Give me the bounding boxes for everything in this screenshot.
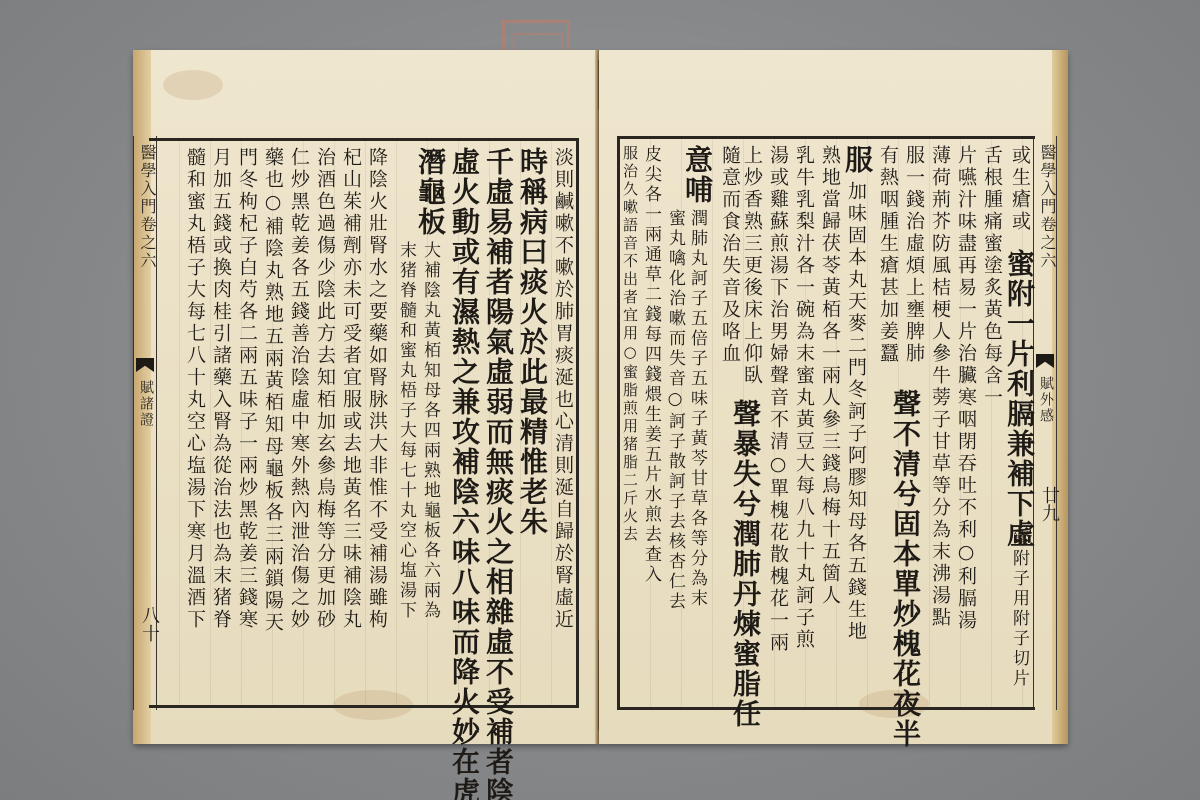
text-column: 大補陰丸黃栢知母各四兩熟地龜板各六兩為 — [421, 241, 438, 621]
right-page-number: 廿九 — [1036, 486, 1062, 522]
text-column: 降陰火壯腎水之要藥如腎脉洪大非惟不受補湯雖枸 — [367, 147, 386, 631]
text-column: 或生瘡或 — [1010, 145, 1029, 233]
text-column: 服一錢治虛煩上壅脾肺 — [904, 145, 923, 365]
text-column: 仁炒黑乾姜各五錢善治陰虛中寒外熱內泄治傷之妙 — [289, 147, 308, 631]
text-column: 蜜附子用附子切片 — [1010, 529, 1027, 689]
paper-stain — [163, 70, 223, 100]
text-column: 聲不清兮固本單炒槐花夜半 — [891, 389, 919, 749]
text-column: 蜜附一片利膈兼補下虛 — [1005, 249, 1033, 549]
text-column: 熟地當歸茯苓黃栢各一兩人參三錢烏梅十五箇人 — [820, 145, 839, 607]
text-column: 加味固本丸天麥二門冬訶子阿膠知母各五錢生地 — [846, 181, 865, 643]
right-margin-section: 賦外感 — [1036, 376, 1056, 424]
text-column: 虛火動或有濕熱之兼攻補陰六味八味而降火妙在虎 — [450, 147, 478, 800]
text-column: 治酒色過傷少陰此方去知栢加玄參烏梅等分更加砂 — [315, 147, 334, 631]
text-column: 乳牛乳梨汁各一碗為末蜜丸黃豆大每八九十丸訶子煎 — [794, 145, 813, 651]
text-column: 隨意而食治失音及咯血 — [720, 145, 739, 365]
text-column: 片嚥汁味盡再易一片治臟寒咽閉吞吐不利○利膈湯 — [956, 145, 975, 632]
text-column: 潛龜板 — [416, 147, 444, 237]
text-column: 門冬枸杞子白芍各二兩五味子一兩炒黑乾姜三錢寒 — [237, 147, 256, 631]
text-column: 淡則鹹嗽不嗽於肺胃痰涎也心清則涎自歸於腎虛近 — [553, 147, 572, 631]
text-column: 皮尖各一兩通草二錢每四錢煨生姜五片水煎去查入 — [642, 145, 659, 585]
right-page: 醫學入門卷之六 賦外感 廿九 或生瘡或 蜜附一片利膈兼補下虛 蜜附子用附子切片 … — [599, 50, 1068, 744]
fishtail-mark-icon — [1036, 354, 1054, 368]
left-text-frame: 淡則鹹嗽不嗽於肺胃痰涎也心清則涎自歸於腎虛近 時稱病曰痰火於此最精惟老朱 千虛易… — [149, 138, 579, 708]
text-column: 千虛易補者陽氣虛弱而無痰火之相雜虛不受補者陰 — [484, 147, 512, 800]
right-text-frame: 或生瘡或 蜜附一片利膈兼補下虛 蜜附子用附子切片 舌根腫痛蜜塗炙黃色每含一 片嚥… — [617, 136, 1035, 710]
text-column: 湯或雞蘇煎湯下治男婦聲音不清○單槐花散槐花一兩 — [768, 145, 787, 654]
text-column: 聲暴失兮潤肺丹煉蜜脂任 — [731, 399, 759, 729]
text-column: 月加五錢或換肉桂引諸藥入腎為從治法也為末猪脊 — [211, 147, 230, 631]
text-column: 末猪脊髓和蜜丸梧子大每七十丸空心塩湯下 — [397, 241, 414, 621]
text-column: 藥也○補陰丸熟地五兩黃栢知母龜板各三兩鎖陽天 — [263, 147, 282, 634]
text-column: 意哺 — [683, 145, 711, 205]
text-column: 薄荷荊芥防風桔梗人參牛蒡子甘草等分為末沸湯點 — [930, 145, 949, 629]
text-column: 潤肺丸訶子五倍子五味子黃芩甘草各等分為末 — [688, 209, 705, 609]
text-column: 服治久嗽語音不出者宜用○蜜脂煎用猪脂二斤火去 — [622, 145, 637, 544]
text-column: 舌根腫痛蜜塗炙黃色每含一 — [982, 145, 1001, 409]
text-column: 杞山茱補劑亦未可受者宜服或去地黃名三味補陰丸 — [341, 147, 360, 631]
text-column: 有熱咽腫生瘡甚加姜蠶 — [878, 145, 897, 365]
text-column: 髓和蜜丸梧子大每七八十丸空心塩湯下寒月溫酒下 — [185, 147, 204, 631]
open-book: 醫學入門卷之六 賦諸證 八十 淡則鹹嗽不嗽於肺胃痰涎也心清則涎自歸於腎虛近 時稱… — [133, 50, 1068, 746]
text-column: 服 — [843, 145, 871, 175]
text-column: 時稱病曰痰火於此最精惟老朱 — [518, 147, 546, 537]
text-column: 蜜丸噙化治嗽而失音○訶子散訶子去核杏仁去 — [666, 209, 683, 612]
left-page: 醫學入門卷之六 賦諸證 八十 淡則鹹嗽不嗽於肺胃痰涎也心清則涎自歸於腎虛近 時稱… — [133, 50, 599, 744]
right-margin-title: 醫學入門卷之六 — [1036, 144, 1059, 270]
text-column: 上炒香熟三更後床上仰臥 — [742, 145, 761, 387]
right-page-margin-column: 醫學入門卷之六 賦外感 廿九 — [1033, 136, 1057, 710]
